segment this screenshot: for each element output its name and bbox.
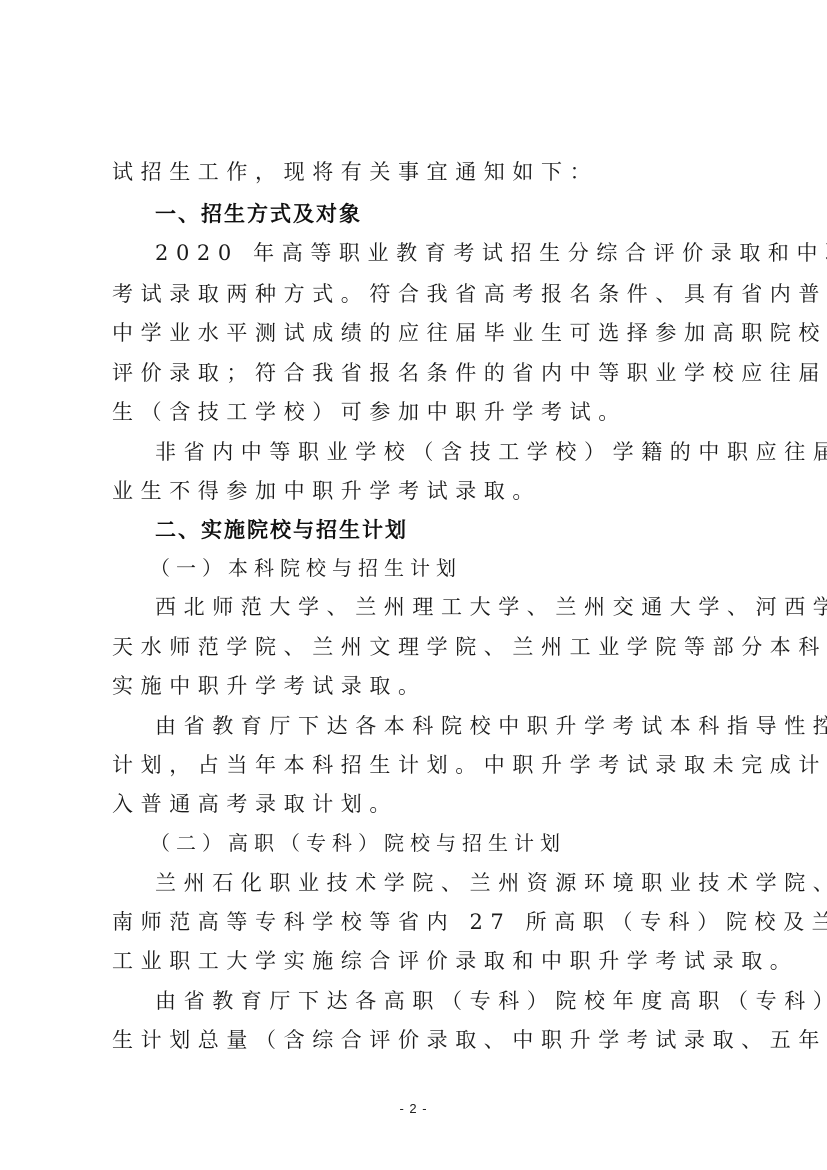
body-line: 工业职工大学实施综合评价录取和中职升学考试录取。 — [112, 946, 732, 976]
section-heading-2: 二、实施院校与招生计划 — [155, 515, 775, 545]
body-line: 计划，占当年本科招生计划。中职升学考试录取未完成计划转 — [112, 750, 732, 780]
paragraph-start: 2020 年高等职业教育考试招生分综合评价录取和中职升学 — [155, 238, 775, 268]
body-line: 考试录取两种方式。符合我省高考报名条件、具有省内普通高 — [112, 279, 732, 309]
body-line: 试招生工作，现将有关事宜通知如下： — [112, 157, 732, 187]
paragraph-start: 由省教育厅下达各高职（专科）院校年度高职（专科）招 — [155, 986, 775, 1016]
body-line: 评价录取；符合我省报名条件的省内中等职业学校应往届毕业 — [112, 358, 732, 388]
subsection-heading-1: （一）本科院校与招生计划 — [150, 553, 770, 583]
subsection-heading-2: （二）高职（专科）院校与招生计划 — [150, 828, 770, 858]
body-line: 南师范高等专科学校等省内 27 所高职（专科）院校及兰州航空 — [112, 907, 732, 937]
body-line: 入普通高考录取计划。 — [112, 789, 732, 819]
page-number: - 2 - — [0, 1101, 827, 1116]
paragraph-start: 由省教育厅下达各本科院校中职升学考试本科指导性控制 — [155, 711, 775, 741]
body-line: 实施中职升学考试录取。 — [112, 671, 732, 701]
body-line: 生计划总量（含综合评价录取、中职升学考试录取、五年一贯 — [112, 1025, 732, 1055]
body-line: 天水师范学院、兰州文理学院、兰州工业学院等部分本科院校 — [112, 632, 732, 662]
paragraph-start: 非省内中等职业学校（含技工学校）学籍的中职应往届毕 — [155, 437, 775, 467]
paragraph-start: 西北师范大学、兰州理工大学、兰州交通大学、河西学院、 — [155, 592, 775, 622]
body-line: 中学业水平测试成绩的应往届毕业生可选择参加高职院校综合 — [112, 318, 732, 348]
paragraph-start: 兰州石化职业技术学院、兰州资源环境职业技术学院、陇 — [155, 868, 775, 898]
document-page: 试招生工作，现将有关事宜通知如下： 一、招生方式及对象 2020 年高等职业教育… — [0, 0, 827, 1170]
body-line: 业生不得参加中职升学考试录取。 — [112, 476, 732, 506]
body-line: 生（含技工学校）可参加中职升学考试。 — [112, 397, 732, 427]
section-heading-1: 一、招生方式及对象 — [155, 199, 775, 229]
